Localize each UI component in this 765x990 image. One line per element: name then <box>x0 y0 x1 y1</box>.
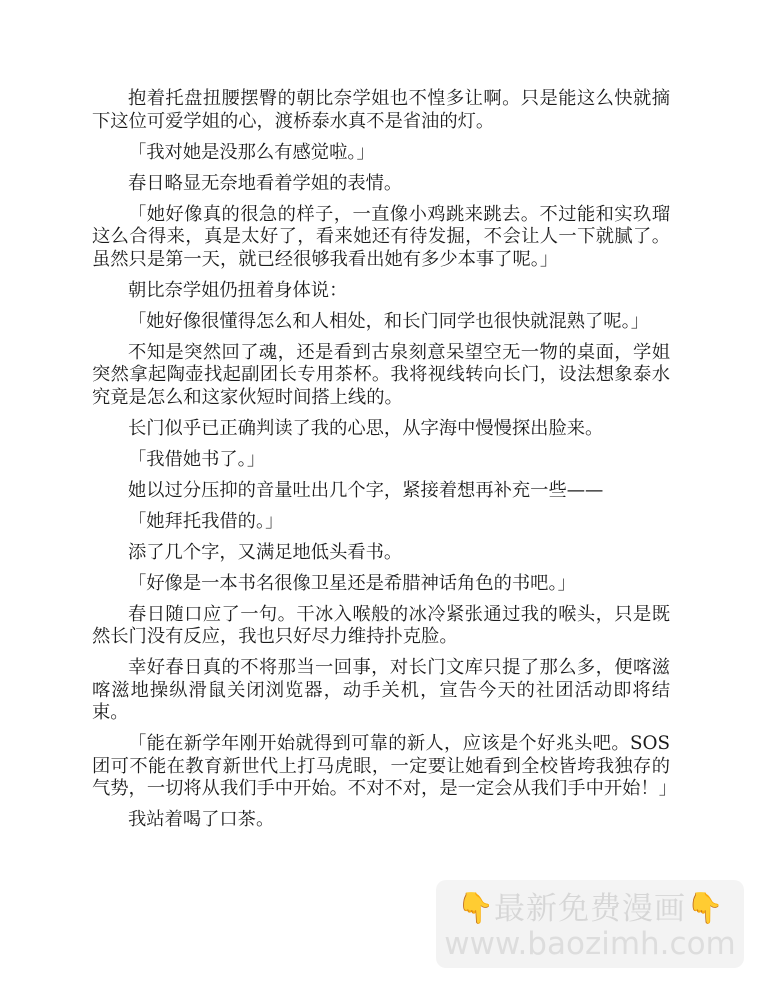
paragraph: 长门似乎已正确判读了我的心思，从字海中慢慢探出脸来。 <box>92 418 670 441</box>
paragraph: 幸好春日真的不将那当一回事，对长门文库只提了那么多，便喀滋喀滋地操纵滑鼠关闭浏览… <box>92 657 670 725</box>
watermark-title: 最新免费漫画 <box>494 890 686 928</box>
watermark-url[interactable]: www.baozimh.com <box>436 926 744 962</box>
paragraph: 抱着托盘扭腰摆臀的朝比奈学姐也不惶多让啊。只是能这么快就摘下这位可爱学姐的心，渡… <box>92 88 670 133</box>
pointing-down-hand-icon: 👇 <box>686 890 723 928</box>
paragraph: 朝比奈学姐仍扭着身体说： <box>92 280 670 303</box>
document-page: 抱着托盘扭腰摆臀的朝比奈学姐也不惶多让啊。只是能这么快就摘下这位可爱学姐的心，渡… <box>92 88 670 840</box>
paragraph: 「她拜托我借的。」 <box>92 511 670 534</box>
paragraph: 不知是突然回了魂，还是看到古泉刻意呆望空无一物的桌面，学姐突然拿起陶壶找起副团长… <box>92 342 670 410</box>
paragraph: 她以过分压抑的音量吐出几个字，紧接着想再补充一些—— <box>92 480 670 503</box>
paragraph: 春日略显无奈地看着学姐的表情。 <box>92 173 670 196</box>
paragraph: 我站着喝了口茶。 <box>92 809 670 832</box>
paragraph: 添了几个字，又满足地低头看书。 <box>92 542 670 565</box>
pointing-down-hand-icon: 👇 <box>457 890 494 928</box>
paragraph: 春日随口应了一句。干冰入喉般的冰冷紧张通过我的喉头，只是既然长门没有反应，我也只… <box>92 604 670 649</box>
paragraph: 「我借她书了。」 <box>92 449 670 472</box>
watermark-banner[interactable]: 👇最新免费漫画👇 www.baozimh.com <box>436 880 744 968</box>
paragraph: 「她好像很懂得怎么和人相处，和长门同学也很快就混熟了呢。」 <box>92 311 670 334</box>
watermark-title-row: 👇最新免费漫画👇 <box>436 888 744 928</box>
paragraph: 「她好像真的很急的样子，一直像小鸡跳来跳去。不过能和实玖瑠这么合得来，真是太好了… <box>92 204 670 272</box>
paragraph: 「能在新学年刚开始就得到可靠的新人，应该是个好兆头吧。SOS团可不能在教育新世代… <box>92 733 670 801</box>
paragraph: 「我对她是没那么有感觉啦。」 <box>92 142 670 165</box>
paragraph: 「好像是一本书名很像卫星还是希腊神话角色的书吧。」 <box>92 573 670 596</box>
